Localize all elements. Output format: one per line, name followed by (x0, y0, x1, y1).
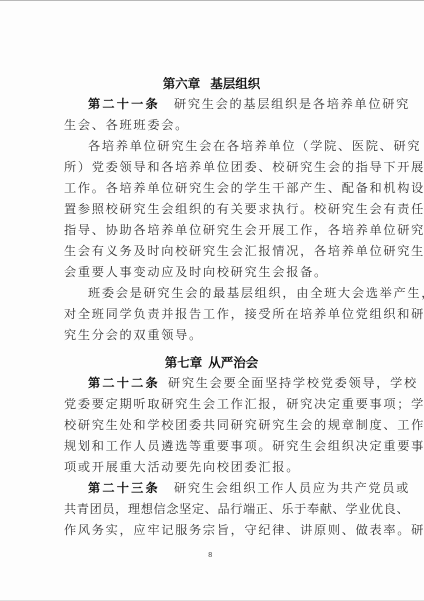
article-number: 第二十一条 (88, 97, 160, 111)
text-line: 会重要人事变动应及时向校研究生会报备。 (64, 262, 359, 283)
chapter-number: 第六章 (163, 76, 201, 91)
text-line: 研究生会要全面坚持学校党委领导，学校 (168, 376, 418, 390)
page-number: 8 (208, 551, 212, 559)
chapter-title: 第六章基层组织 (64, 73, 359, 94)
article-first-line: 第二十三条研究生会组织工作人员应为共产党员或 (64, 478, 359, 499)
article-first-line: 第二十一条研究生会的基层组织是各培养单位研究 (64, 94, 359, 115)
chapter-title: 第七章从严治会 (64, 352, 359, 373)
chapter-name: 基层组织 (210, 76, 260, 91)
text-line: 项或开展重大活动要先向校团委汇报。 (64, 457, 359, 478)
text-line: 校研究生处和学校团委共同研究研究生会的规章制度、工作 (64, 415, 359, 436)
article-number: 第二十三条 (88, 481, 160, 495)
text-line: 生会有义务及时向校研究生会汇报情况，各培养单位研究生 (64, 241, 359, 262)
text-line: 规划和工作人员遴选等重要事项。研究生会组织决定重要事 (64, 436, 359, 457)
page-top-border (0, 0, 424, 1)
article-number: 第二十二条 (88, 376, 160, 390)
text-line: 置参照校研究生会组织的有关要求执行。校研究生会有责任 (64, 199, 359, 220)
text-line: 指导、协助各培养单位研究生会开展工作，各培养单位研究 (64, 220, 359, 241)
text-line: 作风务实，应牢记服务宗旨，守纪律、讲原则、做表率。研 (64, 520, 359, 541)
chapter-number: 第七章 (165, 355, 203, 370)
text-line: 各培养单位研究生会在各培养单位（学院、医院、研究 (64, 136, 359, 157)
text-line: 究生分会的双重领导。 (64, 325, 359, 346)
text-line: 生会、各班班委会。 (64, 115, 359, 136)
text-line: 对全班同学负责并报告工作，接受所在培养单位党组织和研 (64, 304, 359, 325)
article-first-line: 第二十二条研究生会要全面坚持学校党委领导，学校 (64, 373, 359, 394)
text-line: 所）党委领导和各培养单位团委、校研究生会的指导下开展 (64, 157, 359, 178)
text-line: 研究生会组织工作人员应为共产党员或 (174, 481, 410, 495)
chapter-name: 从严治会 (208, 355, 258, 370)
text-line: 班委会是研究生会的最基层组织，由全班大会选举产生， (64, 283, 359, 304)
text-line: 工作。各培养单位研究生会的学生干部产生、配备和机构设 (64, 178, 359, 199)
text-line: 共青团员，理想信念坚定、品行端正、乐于奉献、学业优良、 (64, 499, 359, 520)
text-line: 党委要定期听取研究生会工作汇报，研究决定重要事项；学 (64, 394, 359, 415)
text-line: 研究生会的基层组织是各培养单位研究 (174, 97, 410, 111)
